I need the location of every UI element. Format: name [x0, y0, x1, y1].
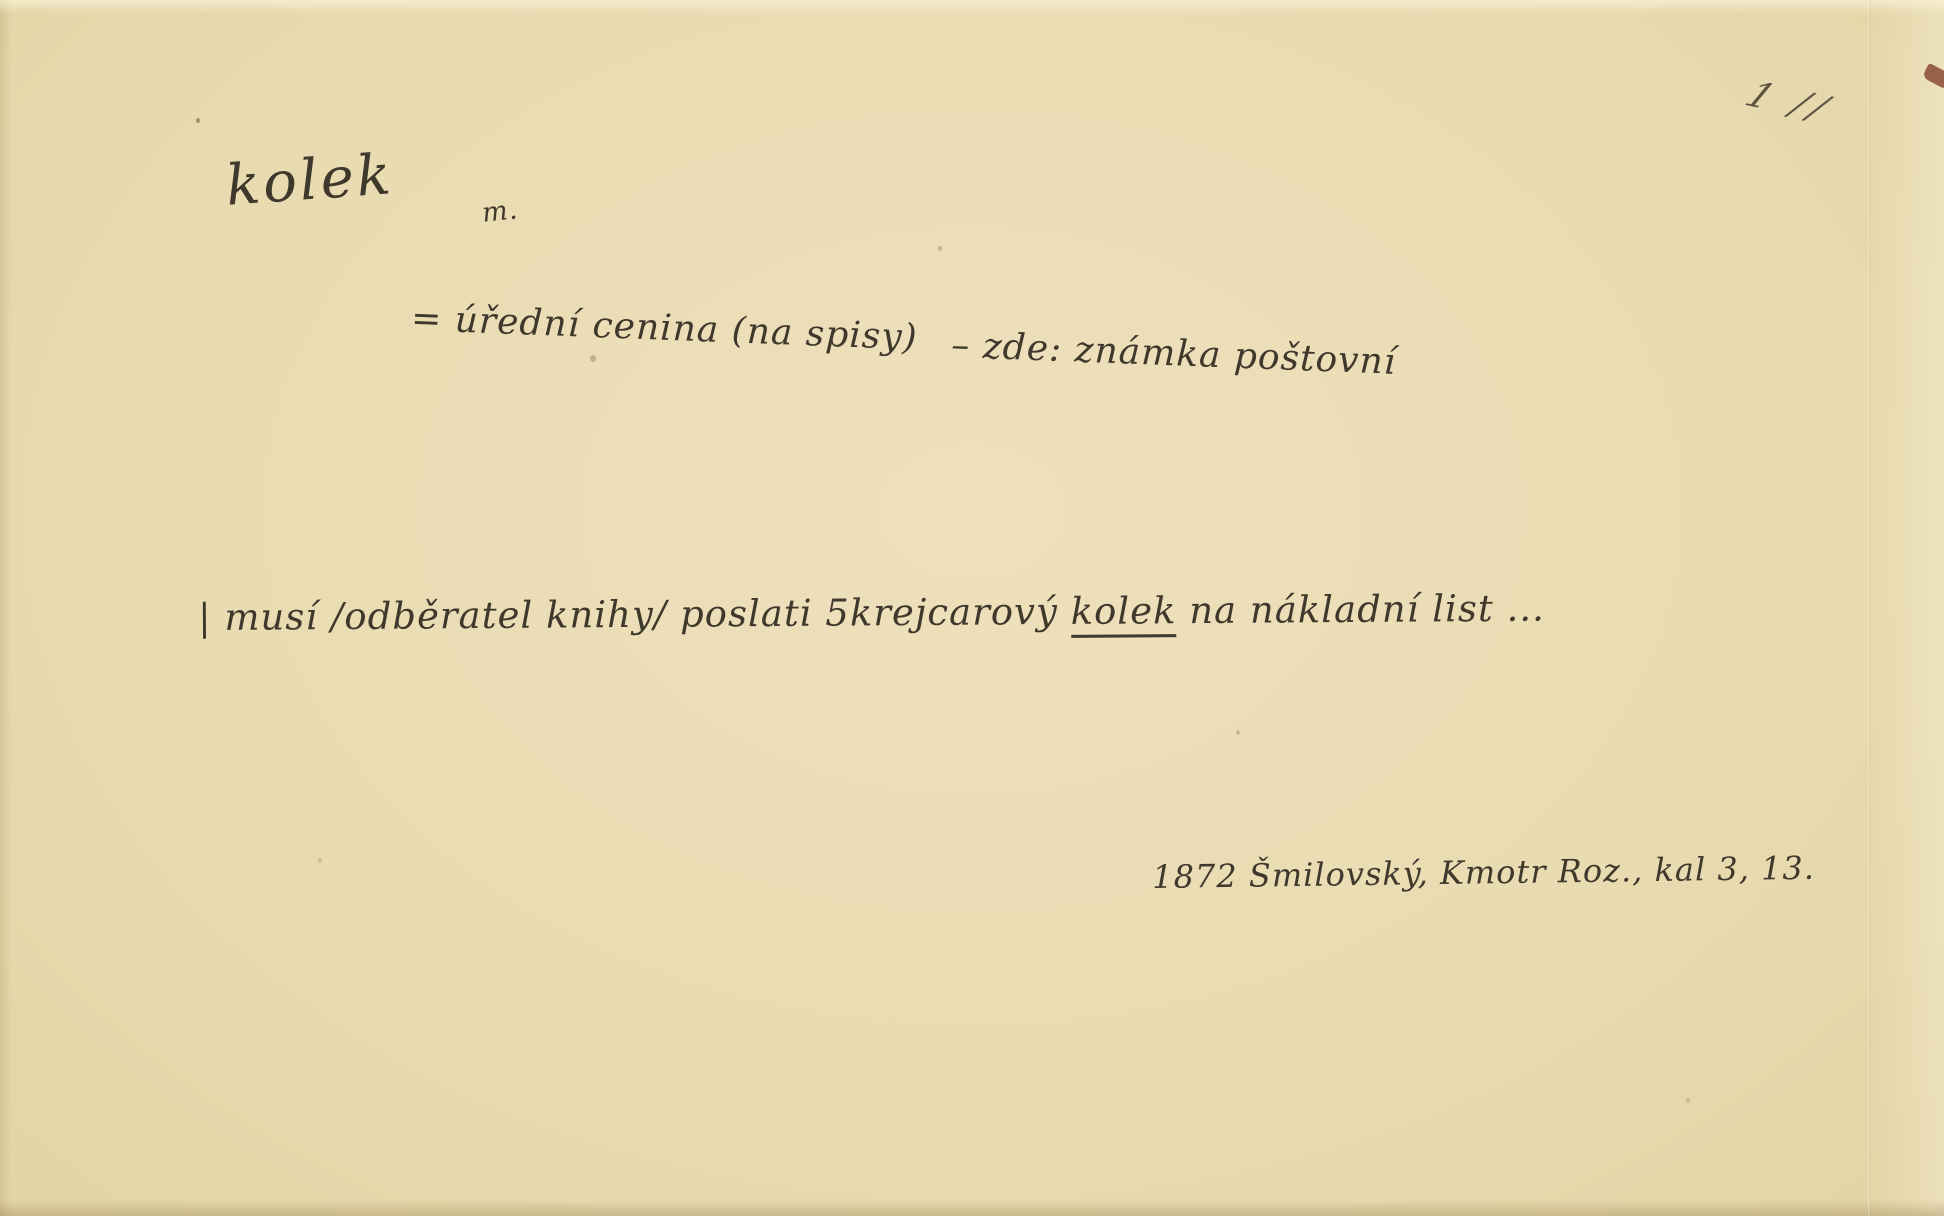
definition-line: = úřední cenina (na spisy)– zde: známka … [410, 298, 1397, 377]
excerpt-slip-card: 1 // kolek m. = úřední cenina (na spisy)… [0, 0, 1944, 1216]
definition-note: – zde: známka poštovní [951, 325, 1397, 383]
definition-main: = úřední cenina (na spisy) [410, 298, 918, 358]
headword: kolek [224, 142, 396, 219]
quotation-underlined-word: kolek [1070, 589, 1176, 638]
quotation-lead: | musí /odběratel knihy/ poslati 5krejca… [198, 590, 1071, 639]
quotation-tail: na nákladní list ... [1176, 587, 1545, 633]
page-number-mark: 1 // [1738, 75, 1840, 130]
paper-crease [1868, 0, 1871, 1216]
red-edge-mark [1922, 63, 1944, 89]
quotation-line: | musí /odběratel knihy/ poslati 5krejca… [198, 587, 1545, 639]
gender-label: m. [480, 194, 519, 229]
paper-specks [196, 118, 200, 123]
source-citation: 1872 Šmilovský, Kmotr Roz., kal 3, 13. [1152, 849, 1815, 896]
